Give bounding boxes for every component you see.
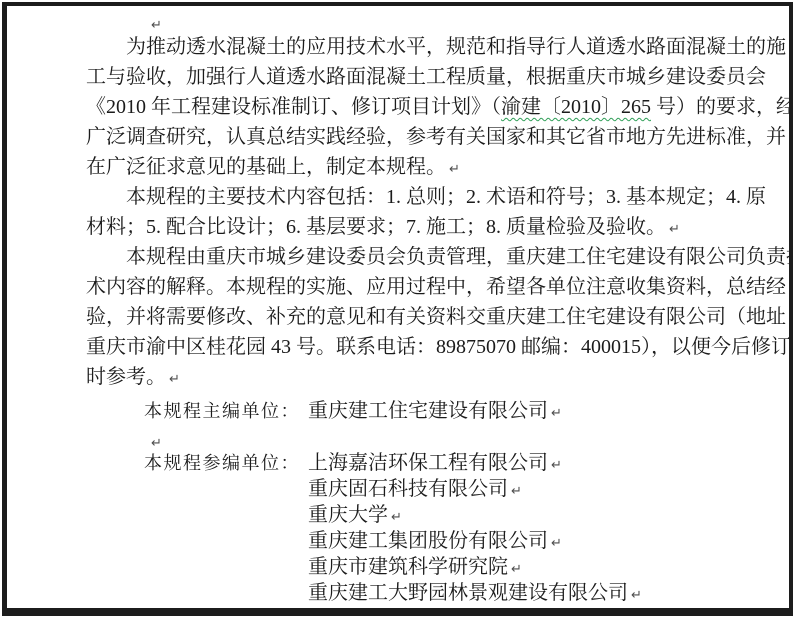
text-segment: 为推动透水混凝土的应用技术水平，规范和指导行人道透水路面混凝土的施 (126, 36, 786, 58)
document-line: 为推动透水混凝土的应用技术水平，规范和指导行人道透水路面混凝土的施 (86, 32, 771, 62)
document-line: 重庆市建筑科学研究院↵ (86, 554, 771, 580)
text-segment: 材料；5. 配合比设计；6. 基层要求；7. 施工；8. 质量检验及验收。 (86, 216, 666, 238)
document-line: 《2010 年工程建设标准制订、修订项目计划》（渝建〔2010〕265 号）的要… (86, 92, 771, 122)
document-line: 在广泛征求意见的基础上，制定本规程。↵ (86, 152, 771, 182)
paragraph-return-mark: ↵ (151, 18, 162, 33)
document-line: 验，并将需要修改、补充的意见和有关资料交重庆建工住宅建设有限公司（地址： (86, 302, 771, 332)
document-line: 重庆建工大野园林景观建设有限公司↵ (86, 580, 771, 606)
empty-paragraph-line: ↵ (86, 14, 771, 32)
text-segment: 号）的要求，经 (651, 96, 789, 118)
text-segment: 《2010 年工程建设标准制订、修订项目计划》（ (86, 96, 501, 118)
text-segment: 本规程的主要技术内容包括：1. 总则；2. 术语和符号；3. 基本规定；4. 原 (126, 186, 766, 208)
paragraph: 本规程的主要技术内容包括：1. 总则；2. 术语和符号；3. 基本规定；4. 原… (86, 182, 771, 242)
document-line: 本规程的主要技术内容包括：1. 总则；2. 术语和符号；3. 基本规定；4. 原 (86, 182, 771, 212)
paragraph-return-mark: ↵ (669, 222, 680, 237)
page-border: ↵为推动透水混凝土的应用技术水平，规范和指导行人道透水路面混凝土的施工与验收，加… (2, 2, 793, 616)
text-segment: 广泛调查研究，认真总结实践经验，参考有关国家和其它省市地方先进标准，并 (86, 126, 786, 148)
document-line: 重庆大学↵ (86, 502, 771, 528)
paragraph-return-mark: ↵ (151, 436, 162, 451)
empty-paragraph-line: ↵ (86, 432, 771, 450)
paragraph: 本规程由重庆市城乡建设委员会负责管理，重庆建工住宅建设有限公司负责技术内容的解释… (86, 242, 771, 392)
paragraph-return-mark: ↵ (551, 406, 562, 421)
document-page: ↵为推动透水混凝土的应用技术水平，规范和指导行人道透水路面混凝土的施工与验收，加… (0, 0, 800, 618)
text-segment: 重庆建工住宅建设有限公司 (308, 400, 548, 422)
text-segment: 上海嘉洁环保工程有限公司 (308, 452, 548, 474)
text-segment: 本规程主编单位： (144, 401, 300, 421)
paragraph: 为推动透水混凝土的应用技术水平，规范和指导行人道透水路面混凝土的施工与验收，加强… (86, 32, 771, 182)
document-line: 重庆固石科技有限公司↵ (86, 476, 771, 502)
text-segment: 重庆大学 (308, 504, 388, 526)
text-segment: 重庆固石科技有限公司 (308, 478, 508, 500)
paragraph: 本规程主编单位：重庆建工住宅建设有限公司↵ (86, 396, 771, 426)
text-segment: 术内容的解释。本规程的实施、应用过程中，希望各单位注意收集资料，总结经 (86, 276, 786, 298)
paragraph-return-mark: ↵ (449, 162, 460, 177)
text-segment: 时参考。 (86, 366, 166, 388)
document-content: ↵为推动透水混凝土的应用技术水平，规范和指导行人道透水路面混凝土的施工与验收，加… (7, 6, 789, 608)
paragraph-return-mark: ↵ (169, 372, 180, 387)
document-line: 术内容的解释。本规程的实施、应用过程中，希望各单位注意收集资料，总结经 (86, 272, 771, 302)
spellcheck-flagged-text: 渝建〔2010〕265 (501, 96, 651, 118)
document-line: 重庆建工集团股份有限公司↵ (86, 528, 771, 554)
document-line: 工与验收，加强行人道透水路面混凝土工程质量，根据重庆市城乡建设委员会 (86, 62, 771, 92)
text-segment: 在广泛征求意见的基础上，制定本规程。 (86, 156, 446, 178)
text-segment: 重庆市建筑科学研究院 (308, 556, 508, 578)
paragraph: 本规程参编单位：上海嘉洁环保工程有限公司↵重庆固石科技有限公司↵重庆大学↵重庆建… (86, 450, 771, 606)
document-line: 本规程参编单位：上海嘉洁环保工程有限公司↵ (86, 450, 771, 476)
document-line: 广泛调查研究，认真总结实践经验，参考有关国家和其它省市地方先进标准，并 (86, 122, 771, 152)
text-segment: 本规程由重庆市城乡建设委员会负责管理，重庆建工住宅建设有限公司负责技 (126, 246, 789, 268)
text-segment: 验，并将需要修改、补充的意见和有关资料交重庆建工住宅建设有限公司（地址： (86, 306, 789, 328)
text-segment: 重庆建工大野园林景观建设有限公司 (308, 582, 628, 604)
text-segment: 本规程参编单位： (144, 453, 300, 473)
document-line: 材料；5. 配合比设计；6. 基层要求；7. 施工；8. 质量检验及验收。↵ (86, 212, 771, 242)
text-segment: 工与验收，加强行人道透水路面混凝土工程质量，根据重庆市城乡建设委员会 (86, 66, 766, 88)
paragraph-return-mark: ↵ (511, 484, 522, 499)
text-segment: 重庆市渝中区桂花园 43 号。联系电话：89875070 邮编：400015），… (86, 336, 789, 358)
paragraph-return-mark: ↵ (551, 458, 562, 473)
paragraph-return-mark: ↵ (551, 536, 562, 551)
paragraph-return-mark: ↵ (631, 588, 642, 603)
text-segment: 重庆建工集团股份有限公司 (308, 530, 548, 552)
document-line: 本规程主编单位：重庆建工住宅建设有限公司↵ (86, 396, 771, 426)
document-line: 重庆市渝中区桂花园 43 号。联系电话：89875070 邮编：400015），… (86, 332, 771, 362)
document-line: 本规程由重庆市城乡建设委员会负责管理，重庆建工住宅建设有限公司负责技 (86, 242, 771, 272)
document-line: 时参考。↵ (86, 362, 771, 392)
paragraph-return-mark: ↵ (391, 510, 402, 525)
paragraph-return-mark: ↵ (511, 562, 522, 577)
